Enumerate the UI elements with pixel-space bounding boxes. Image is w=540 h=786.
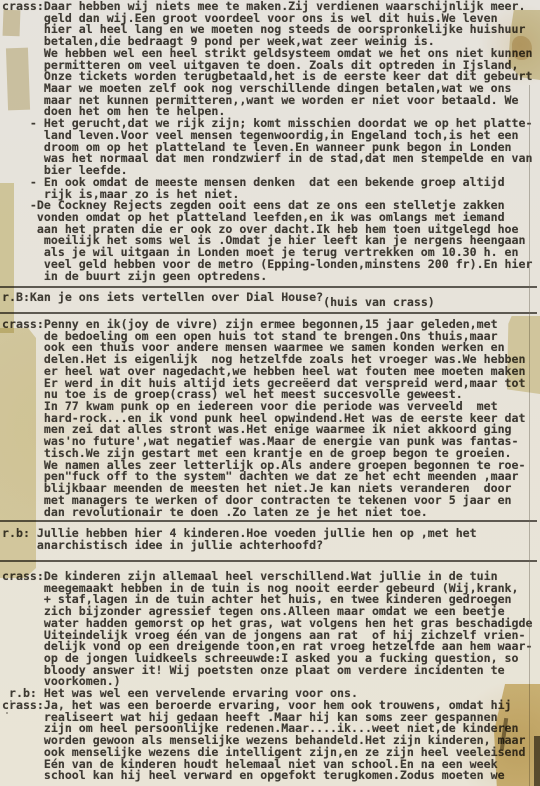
ink-speck xyxy=(6,712,8,714)
scanned-document-page: crass:Daar hebben wij niets mee te maken… xyxy=(0,0,540,786)
answer-block-3: crass:De kinderen zijn allemaal heel ver… xyxy=(2,571,532,782)
question-1: r.B:Kan je ons iets vertellen over Dial … xyxy=(2,292,435,304)
tape-dark-edge xyxy=(534,736,540,786)
question-1-aside: (huis van crass) xyxy=(323,295,435,309)
divider-rule-1 xyxy=(0,286,537,288)
divider-rule-2 xyxy=(0,312,537,314)
divider-rule-4 xyxy=(0,560,537,562)
question-2: r.b: Jullie hebben hier 4 kinderen.Hoe v… xyxy=(2,528,477,551)
divider-rule-3 xyxy=(0,520,537,522)
page-edge-crease xyxy=(529,85,530,786)
answer-block-1: crass:Daar hebben wij niets mee te maken… xyxy=(2,1,532,282)
answer-block-2: crass:Penny en ik(joy de vivre) zijn erm… xyxy=(2,319,526,518)
ink-speck xyxy=(10,700,12,702)
question-1-text: r.B:Kan je ons iets vertellen over Dial … xyxy=(2,290,323,304)
